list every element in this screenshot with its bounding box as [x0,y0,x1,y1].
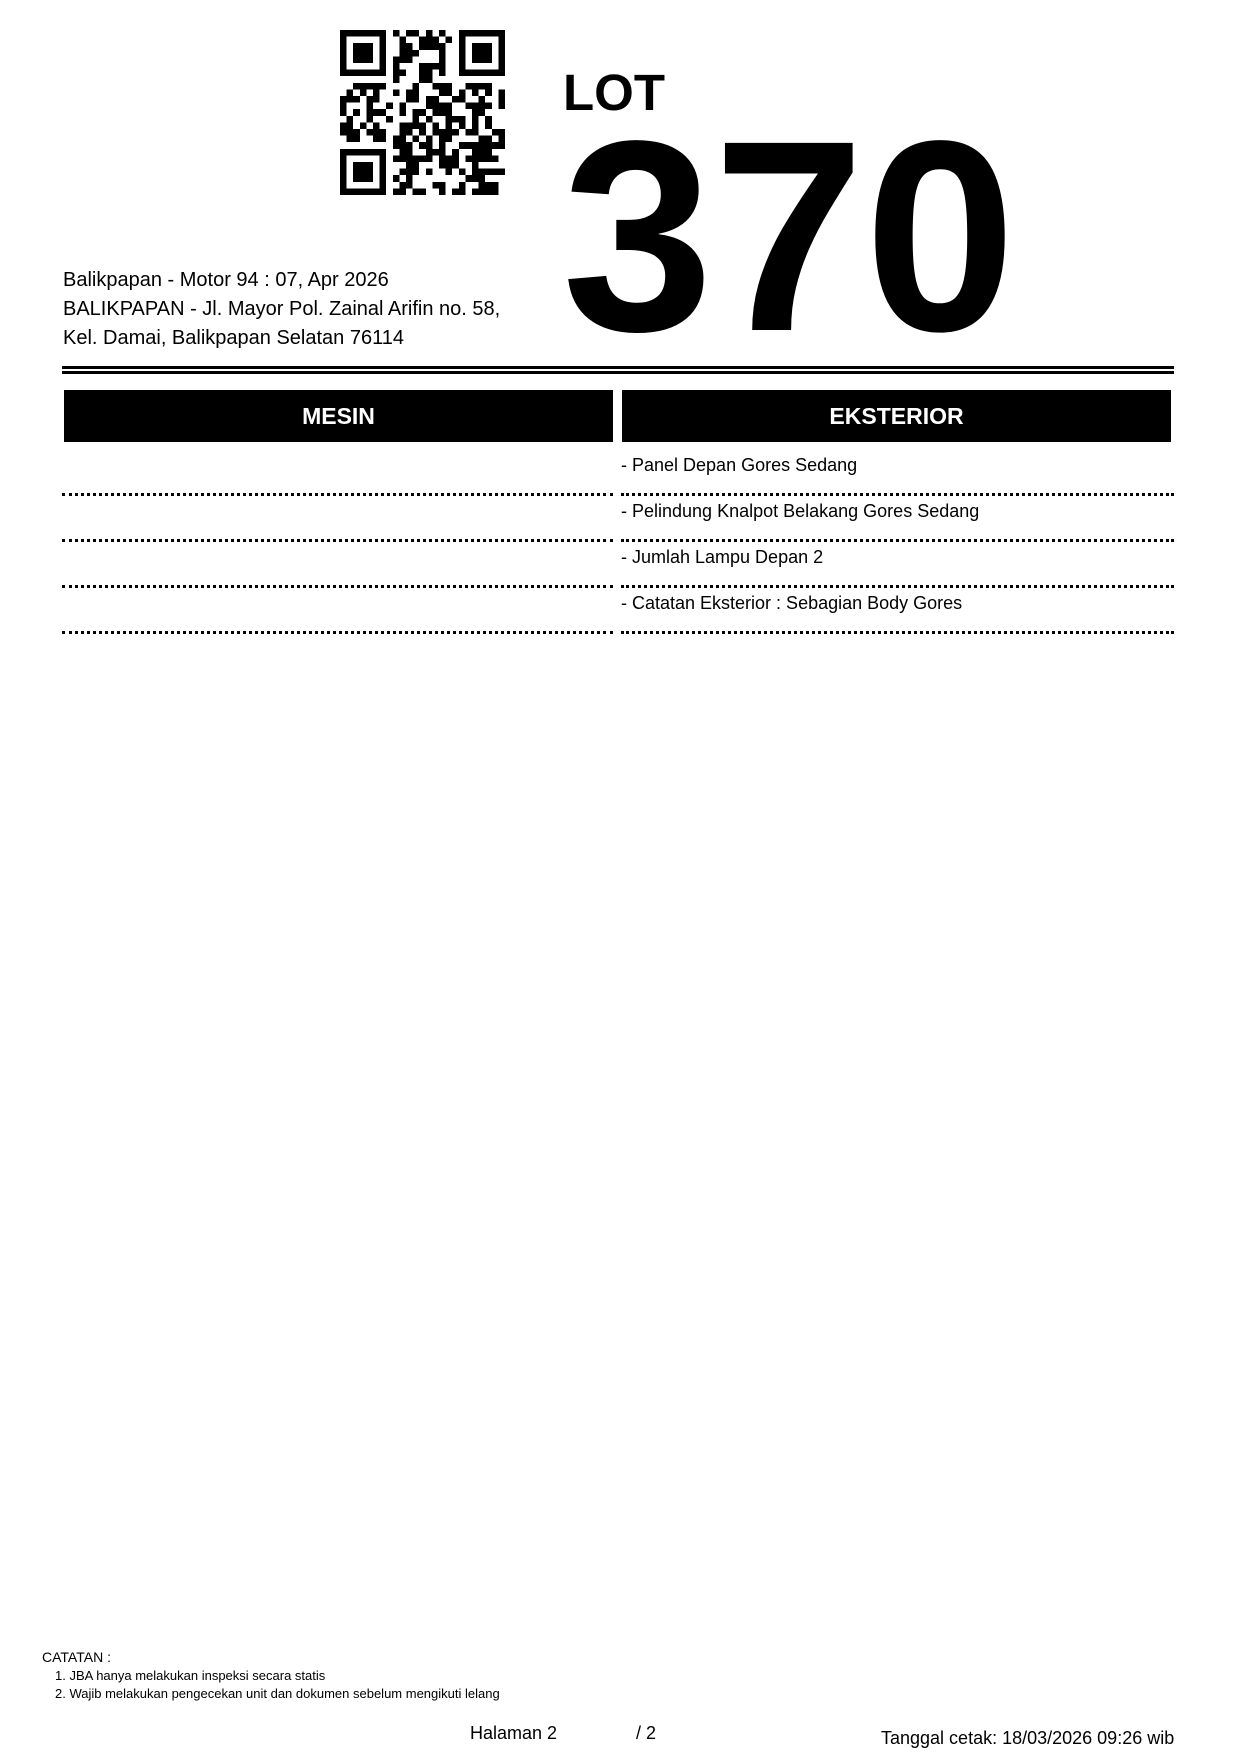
row-divider [62,631,613,634]
row-divider [62,585,613,588]
qr-code-icon [340,30,505,195]
header-divider [62,366,1174,369]
eksterior-item: - Panel Depan Gores Sedang [621,456,857,474]
section-header-mesin: MESIN [64,390,613,442]
row-divider [621,493,1174,496]
auction-title: Balikpapan - Motor 94 : 07, Apr 2026 [63,270,389,290]
note-item: 1. JBA hanya melakukan inspeksi secara s… [55,1668,325,1683]
row-divider [62,539,613,542]
section-header-eksterior: EKSTERIOR [622,390,1171,442]
page-number: Halaman 2 [470,1723,557,1744]
eksterior-item: - Catatan Eksterior : Sebagian Body Gore… [621,594,962,612]
eksterior-item: - Pelindung Knalpot Belakang Gores Sedan… [621,502,979,520]
note-item: 2. Wajib melakukan pengecekan unit dan d… [55,1686,500,1701]
address-line-2: Kel. Damai, Balikpapan Selatan 76114 [63,328,404,348]
page-total: / 2 [636,1723,656,1744]
row-divider [621,631,1174,634]
section-title: EKSTERIOR [829,403,963,430]
header-divider [62,371,1174,374]
lot-number: 370 [562,100,1016,372]
notes-title: CATATAN : [42,1649,111,1665]
section-title: MESIN [302,403,375,430]
eksterior-item: - Jumlah Lampu Depan 2 [621,548,823,566]
address-line-1: BALIKPAPAN - Jl. Mayor Pol. Zainal Arifi… [63,299,500,319]
row-divider [621,585,1174,588]
print-date: Tanggal cetak: 18/03/2026 09:26 wib [881,1728,1174,1749]
row-divider [621,539,1174,542]
row-divider [62,493,613,496]
